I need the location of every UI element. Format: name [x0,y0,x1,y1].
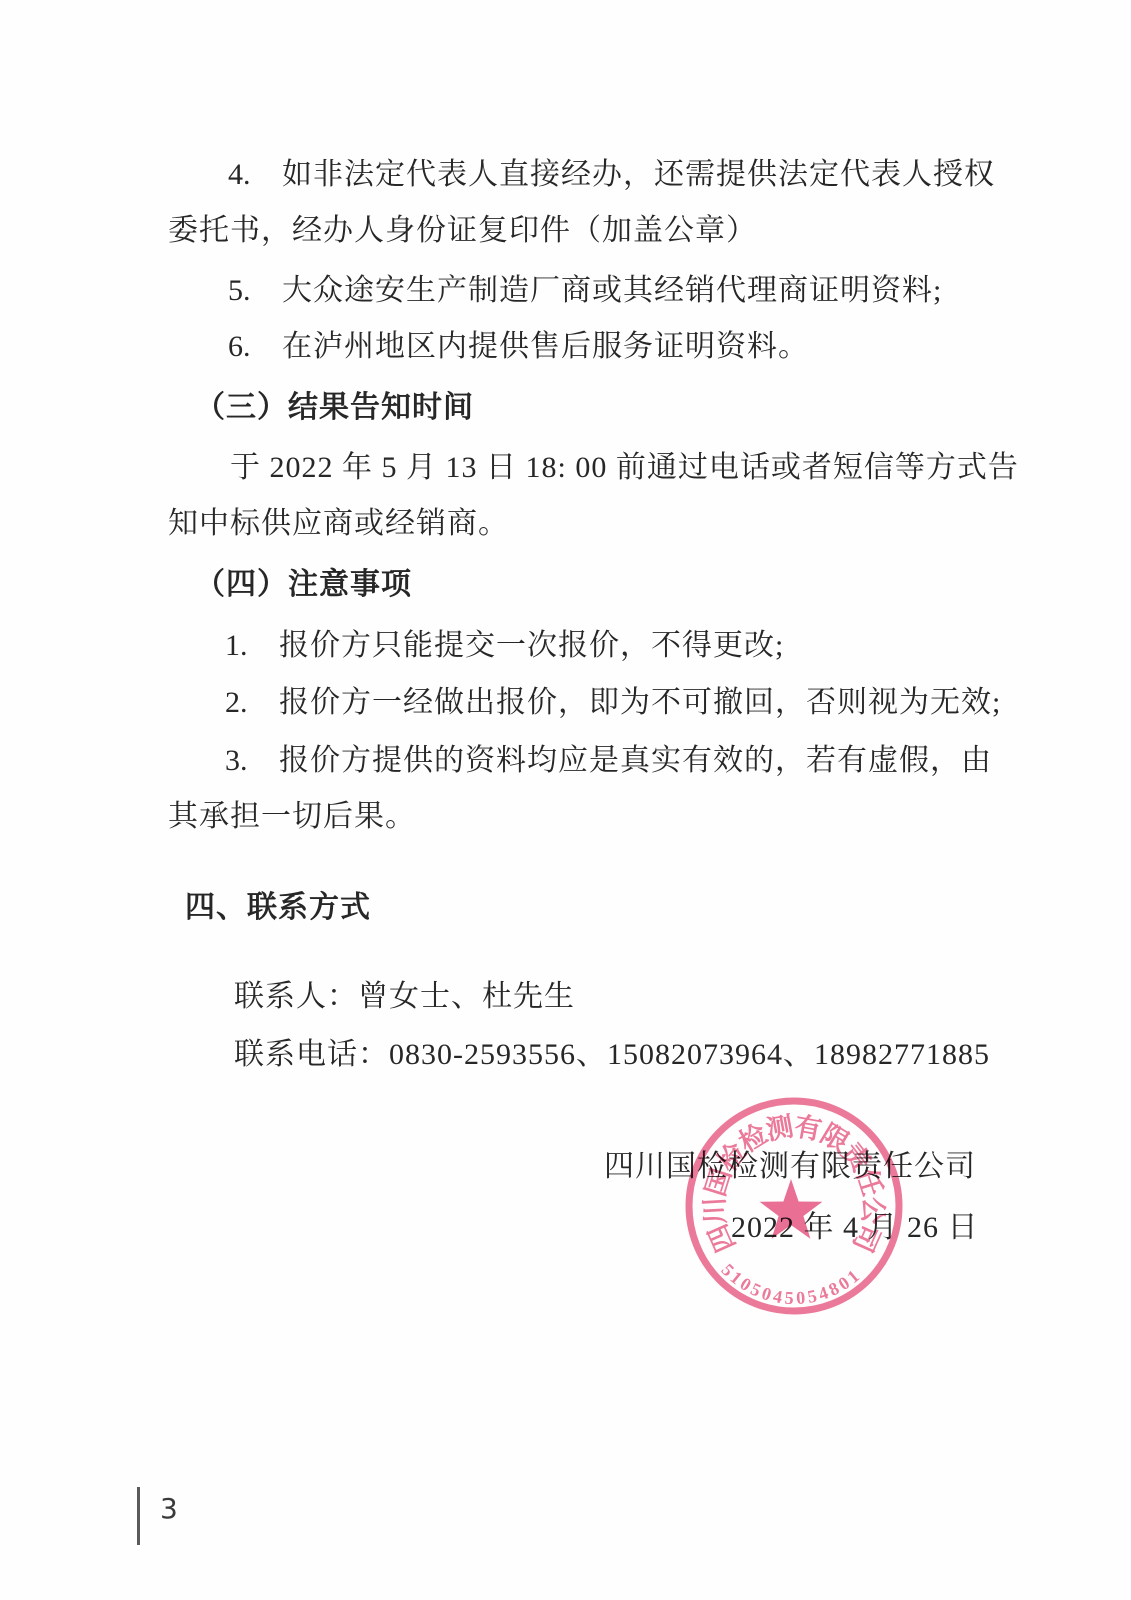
item-5-text: 大众途安生产制造厂商或其经销代理商证明资料; [282,274,942,307]
page-number: 3 [160,1492,178,1525]
item-4-text: 如非法定代表人直接经办，还需提供法定代表人授权 [282,158,995,191]
note-2-text: 报价方一经做出报价，即为不可撤回，否则视为无效; [279,686,1001,719]
note-3-text: 报价方提供的资料均应是真实有效的，若有虚假，由 [279,744,992,777]
item-4-number: 4. [228,158,282,192]
svg-text:5: 5 [784,1288,794,1308]
svg-text:0: 0 [795,1287,805,1308]
company-seal-stamp: 四川国检检测有限责任公司 5105045054801 [664,1076,924,1336]
item-6-number: 6. [228,330,282,364]
note-2-line: 2.报价方一经做出报价，即为不可撤回，否则视为无效; [225,686,1001,720]
contact-phone-line: 联系电话：0830-2593556、15082073964、1898277188… [234,1038,990,1072]
item-4-line-1: 4.如非法定代表人直接经办，还需提供法定代表人授权 [228,158,995,192]
svg-text:川: 川 [699,1196,730,1225]
note-3-number: 3. [225,744,279,778]
note-2-number: 2. [225,686,279,720]
item-6-line: 6.在泸州地区内提供售后服务证明资料。 [228,330,809,364]
svg-text:司: 司 [847,1220,885,1257]
document-page: 4.如非法定代表人直接经办，还需提供法定代表人授权 委托书，经办人身份证复印件（… [0,0,1131,1600]
section-3-paragraph-line-2: 知中标供应商或经销商。 [168,507,509,541]
item-4-line-2: 委托书，经办人身份证复印件（加盖公章） [168,214,757,248]
section-3-heading: （三）结果告知时间 [195,391,474,425]
contact-section-heading: 四、联系方式 [185,891,371,925]
note-1-line: 1.报价方只能提交一次报价，不得更改; [225,629,784,663]
page-number-divider [137,1487,140,1545]
section-3-paragraph-line-1: 于 2022 年 5 月 13 日 18: 00 前通过电话或者短信等方式告 [230,451,1019,485]
note-1-number: 1. [225,629,279,663]
item-6-text: 在泸州地区内提供售后服务证明资料。 [282,330,809,363]
section-4-heading: （四）注意事项 [195,568,412,602]
contact-person-line: 联系人：曾女士、杜先生 [234,980,575,1014]
note-3-line-1: 3.报价方提供的资料均应是真实有效的，若有虚假，由 [225,744,992,778]
svg-text:测: 测 [764,1111,796,1145]
item-5-line: 5.大众途安生产制造厂商或其经销代理商证明资料; [228,274,942,308]
svg-text:4: 4 [772,1286,784,1307]
note-3-line-2: 其承担一切后果。 [168,800,416,834]
seal-star-icon [760,1179,823,1239]
note-1-text: 报价方只能提交一次报价，不得更改; [279,629,784,662]
item-5-number: 5. [228,274,282,308]
seal-ring-text: 四川国检检测有限责任公司 [699,1111,888,1256]
